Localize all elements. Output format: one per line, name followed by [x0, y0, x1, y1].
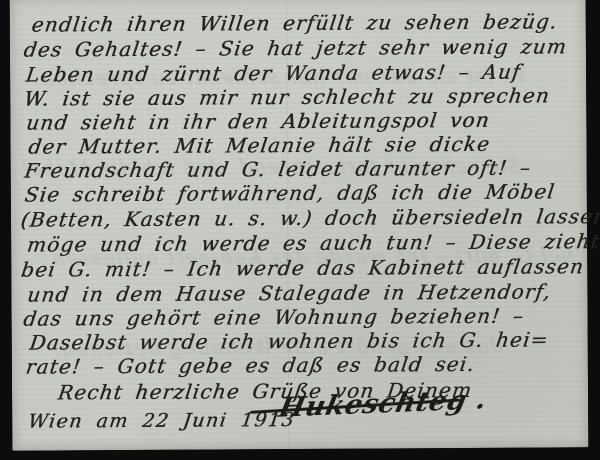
letter-line: und sieht in ihr den Ableitungspol von: [25, 108, 492, 135]
letter-line: rate! – Gott gebe es daß es bald sei.: [24, 352, 476, 379]
letter-line: Daselbst werde ich wohnen bis ich G. hei…: [28, 327, 550, 354]
letter-line: und in dem Hause Stalegade in Hetzendorf…: [26, 279, 553, 306]
letter-line: endlich ihren Willen erfüllt zu sehen be…: [30, 9, 559, 36]
letter-line: der Mutter. Mit Melanie hält sie dicke: [27, 132, 492, 159]
letter-paper: W. ist sie aus mir nur schlecht zu sprec…: [10, 0, 589, 451]
letter-line: (Betten, Kasten u. s. w.) doch übersiede…: [19, 204, 600, 232]
letter-line: Freundschaft und G. leidet darunter oft!…: [23, 156, 533, 183]
letter-line: bei G. mit! – Ich werde das Kabinett auf…: [20, 254, 586, 281]
letter-line: Leben und zürnt der Wanda etwas! – Auf: [24, 60, 522, 87]
letter-scan-background: W. ist sie aus mir nur schlecht zu sprec…: [0, 0, 600, 460]
letter-line: des Gehaltes! – Sie hat jetzt sehr wenig…: [22, 34, 568, 61]
letter-line: Sie schreibt fortwährend, daß ich die Mö…: [23, 179, 556, 206]
closing-line: Wien am 22 Juni 1913 Hukeschteg .: [12, 397, 588, 447]
letter-line: das uns gehört eine Wohnung beziehen! –: [22, 304, 526, 331]
letter-line: W. ist sie aus mir nur schlecht zu sprec…: [23, 83, 552, 110]
letter-line: möge und ich werde es auch tun! – Diese …: [26, 229, 600, 257]
